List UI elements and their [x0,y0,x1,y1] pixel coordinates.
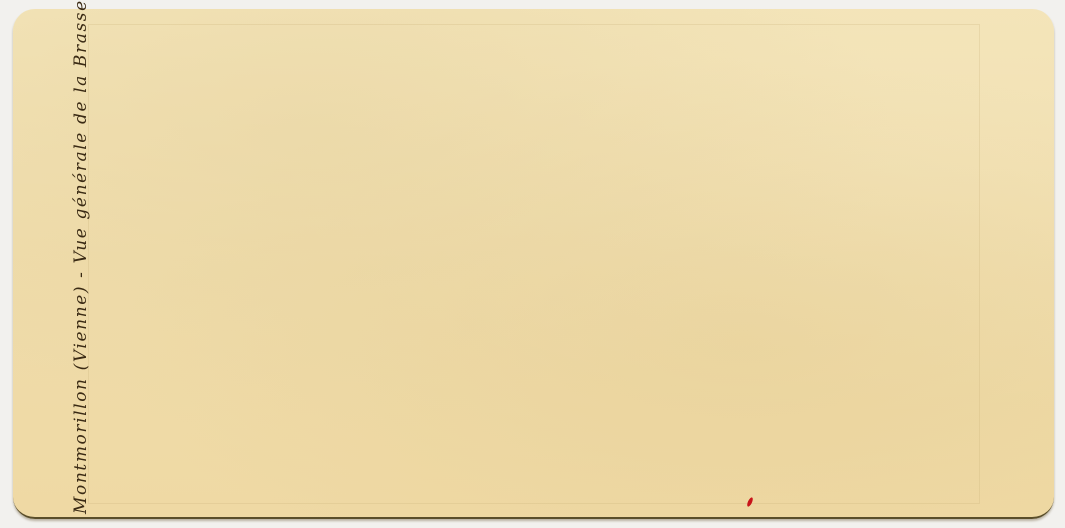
stereoview-card-back: Montmorillon (Vienne) - Vue générale de … [13,9,1054,519]
faint-print-frame [88,24,980,504]
handwritten-caption: Montmorillon (Vienne) - Vue générale de … [71,0,91,514]
